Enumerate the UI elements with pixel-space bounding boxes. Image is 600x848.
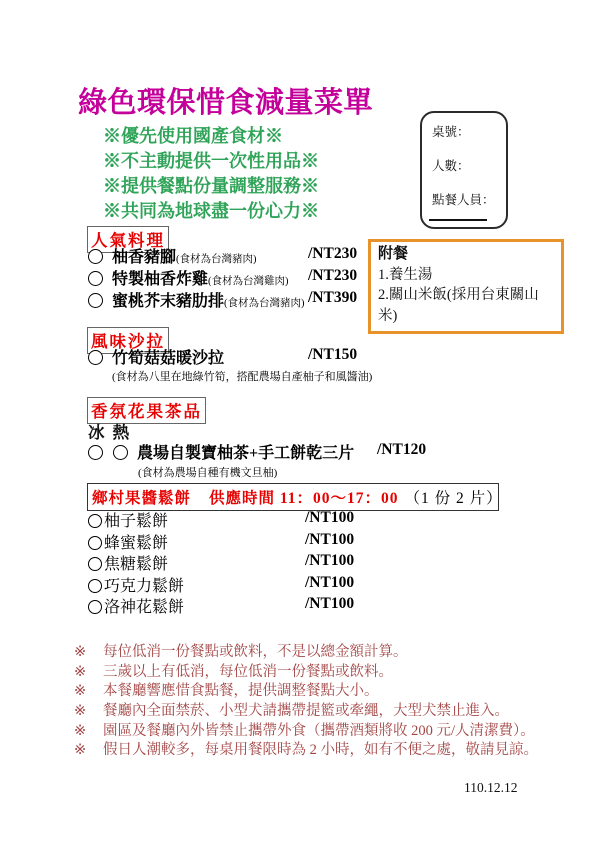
- side-dish-item: 1.養生湯: [378, 265, 554, 286]
- dish-ingredient-note: (食材為農場自種有機文旦柚): [138, 464, 277, 480]
- order-taker-label: 點餐人員：: [432, 190, 495, 208]
- dish-ingredient-note: (食材為台灣豬肉): [224, 298, 305, 309]
- order-info-box: 桌號： 人數： 點餐人員：: [420, 111, 508, 229]
- dish-name: 特製柚香炸雞: [112, 271, 208, 288]
- selection-circle-icon: [88, 579, 102, 593]
- note-marker: ※: [74, 664, 103, 681]
- dish-price: /NT150: [308, 346, 357, 364]
- dish-price: /NT230: [308, 245, 357, 263]
- pancake-section-header: 鄉村果醬鬆餅供應時間 11：00～17：00（1 份 2 片）: [87, 483, 499, 511]
- selection-circle-icon: [88, 536, 102, 550]
- footer-note: ※三歲以上有低消，每位低消一份餐點或飲料。: [74, 660, 538, 680]
- dish-row: 柚子鬆餅 /NT100: [88, 508, 168, 528]
- footer-note: ※園區及餐廳內外皆禁止攜帶外食（攜帶酒類將收 200 元/人清潔費）。: [74, 719, 538, 739]
- footer-note-text: 三歲以上有低消，每位低消一份餐點或飲料。: [103, 664, 393, 680]
- dish-price: /NT100: [305, 531, 354, 549]
- dish-ingredient-note: (食材為台灣雞肉): [208, 276, 289, 287]
- dish-ingredient-note: (食材為台灣豬肉): [176, 254, 257, 265]
- document-date: 110.12.12: [464, 780, 518, 796]
- footer-note-text: 本餐廳響應惜食點餐，提供調整餐點大小。: [103, 683, 379, 699]
- dish-name: 洛神花鬆餅: [104, 599, 184, 616]
- pancake-portion-note: （1 份 2 片）: [405, 490, 503, 507]
- dish-row: 特製柚香炸雞(食材為台灣雞肉) /NT230: [88, 266, 289, 286]
- note-marker: ※: [74, 723, 103, 740]
- note-marker: ※: [74, 742, 103, 759]
- dish-name: 蜜桃芥末豬肋排: [112, 293, 224, 310]
- footer-notes: ※每位低消一份餐點或飲料，不是以總金額計算。 ※三歲以上有低消，每位低消一份餐點…: [74, 640, 538, 758]
- pledge-line: ※共同為地球盡一份心力※: [103, 199, 319, 224]
- dish-row: 蜜桃芥末豬肋排(食材為台灣豬肉) /NT390: [88, 288, 305, 308]
- side-dishes-header: 附餐: [378, 244, 554, 265]
- note-marker: ※: [74, 683, 103, 700]
- dish-price: /NT120: [377, 441, 426, 459]
- dish-row: 竹筍菇菇暖沙拉 /NT150: [88, 345, 224, 365]
- selection-circle-icon: [88, 514, 102, 528]
- guest-count-label: 人數：: [432, 156, 470, 174]
- selection-circle-icon: [88, 271, 103, 286]
- dish-price: /NT390: [308, 289, 357, 307]
- selection-circle-icon: [88, 445, 103, 460]
- pledge-line: ※不主動提供一次性用品※: [103, 149, 319, 174]
- dish-row: 洛神花鬆餅 /NT100: [88, 594, 184, 614]
- dish-name: 焦糖鬆餅: [104, 556, 168, 573]
- pancake-header-title: 鄉村果醬鬆餅: [92, 490, 191, 507]
- side-dish-item: 2.關山米飯(採用台東關山米): [378, 285, 554, 326]
- note-marker: ※: [74, 703, 103, 720]
- dish-row: 巧克力鬆餅 /NT100: [88, 573, 184, 593]
- dish-name: 蜂蜜鬆餅: [104, 535, 168, 552]
- table-no-label: 桌號：: [432, 122, 470, 140]
- page-title: 綠色環保惜食減量菜單: [78, 80, 373, 121]
- dish-price: /NT100: [305, 552, 354, 570]
- footer-note: ※假日人潮較多，每桌用餐限時為 2 小時，如有不便之處，敬請見諒。: [74, 738, 538, 758]
- dish-row: 柚香豬腳(食材為台灣豬肉) /NT230: [88, 244, 257, 264]
- eco-pledges: ※優先使用國產食材※ ※不主動提供一次性用品※ ※提供餐點份量調整服務※ ※共同…: [103, 124, 319, 224]
- footer-note-text: 園區及餐廳內外皆禁止攜帶外食（攜帶酒類將收 200 元/人清潔費）。: [103, 723, 535, 739]
- dish-name: 農場自製寶柚茶+手工餅乾三片: [137, 445, 354, 462]
- footer-note: ※本餐廳響應惜食點餐，提供調整餐點大小。: [74, 679, 538, 699]
- dish-name: 柚香豬腳: [112, 249, 176, 266]
- signature-line: [429, 219, 487, 221]
- selection-circle-icon: [88, 350, 103, 365]
- dish-row: 農場自製寶柚茶+手工餅乾三片 /NT120: [88, 440, 354, 460]
- selection-circle-icon: [88, 249, 103, 264]
- footer-note-text: 每位低消一份餐點或飲料，不是以總金額計算。: [103, 644, 408, 660]
- footer-note: ※餐廳內全面禁菸、小型犬請攜帶提籃或牽繩，大型犬禁止進入。: [74, 699, 538, 719]
- menu-page: 綠色環保惜食減量菜單 ※優先使用國產食材※ ※不主動提供一次性用品※ ※提供餐點…: [0, 0, 600, 848]
- pledge-line: ※提供餐點份量調整服務※: [103, 174, 319, 199]
- dish-row: 焦糖鬆餅 /NT100: [88, 551, 168, 571]
- dish-row: 蜂蜜鬆餅 /NT100: [88, 530, 168, 550]
- selection-circle-icon: [88, 293, 103, 308]
- dish-name: 柚子鬆餅: [104, 513, 168, 530]
- side-dishes-box: 附餐 1.養生湯 2.關山米飯(採用台東關山米): [368, 239, 564, 334]
- dish-name: 巧克力鬆餅: [104, 578, 184, 595]
- note-marker: ※: [74, 644, 103, 661]
- selection-circle-icon: [113, 445, 128, 460]
- selection-circle-icon: [88, 600, 102, 614]
- pancake-supply-time: 供應時間 11：00～17：00: [209, 490, 399, 507]
- pledge-line: ※優先使用國產食材※: [103, 124, 319, 149]
- dish-price: /NT230: [308, 267, 357, 285]
- footer-note-text: 餐廳內全面禁菸、小型犬請攜帶提籃或牽繩，大型犬禁止進入。: [103, 703, 509, 719]
- dish-name: 竹筍菇菇暖沙拉: [112, 350, 224, 367]
- footer-note-text: 假日人潮較多，每桌用餐限時為 2 小時，如有不便之處，敬請見諒。: [103, 742, 538, 758]
- dish-price: /NT100: [305, 595, 354, 613]
- footer-note: ※每位低消一份餐點或飲料，不是以總金額計算。: [74, 640, 538, 660]
- dish-price: /NT100: [305, 574, 354, 592]
- dish-ingredient-note: (食材為八里在地綠竹筍，搭配農場自產柚子和風醬油): [112, 368, 372, 384]
- selection-circle-icon: [88, 557, 102, 571]
- dish-price: /NT100: [305, 509, 354, 527]
